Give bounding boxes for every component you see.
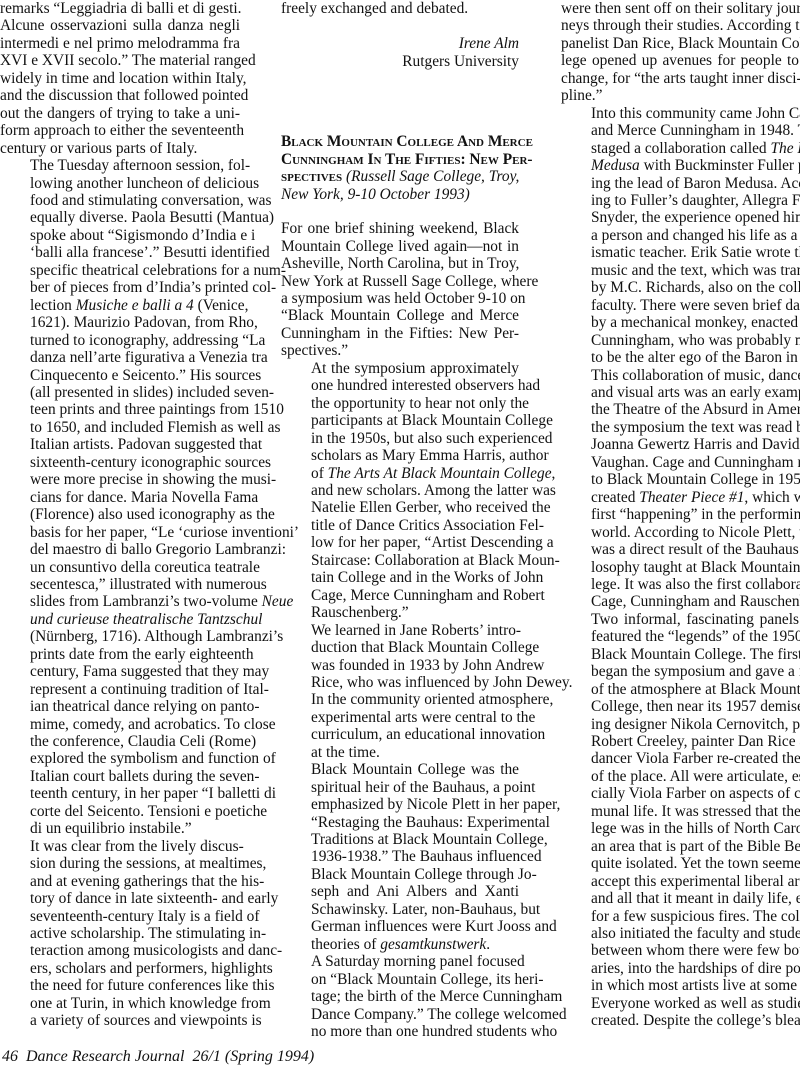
text-line: ing the lead of Baron Medusa. Accord-	[561, 175, 799, 192]
text-line: cially Viola Farber on aspects of com-	[561, 785, 799, 802]
text-line: lege opened up avenues for people to	[561, 52, 799, 69]
text-line: and Merce Cunningham in 1948. They	[561, 122, 799, 139]
text-line: Schawinsky. Later, non-Bauhaus, but	[281, 901, 519, 918]
text-line: the symposium the text was read by	[561, 419, 799, 436]
text-line: Two informal, fascinating panels	[561, 611, 799, 628]
text-line: began the symposium and gave a feeling	[561, 663, 799, 680]
text-line: Everyone worked as well as studied and	[561, 995, 799, 1012]
text-line: the need for future conferences like thi…	[0, 977, 240, 994]
text-line: seph and Ani Albers and Xanti	[281, 883, 519, 900]
text-line: between whom there were few bound-	[561, 942, 799, 959]
text-line: (all presented in slides) included seven…	[0, 384, 240, 401]
text-line: Rauschenberg.”	[281, 604, 519, 621]
text-line: At the symposium approximately	[281, 360, 519, 377]
text-line: a variety of sources and viewpoints is	[0, 1012, 240, 1029]
text-line: danza nell’arte figurativa a Venezia tra	[0, 349, 240, 366]
text-line: German influences were Kurt Jooss and	[281, 918, 519, 935]
text-line: an area that is part of the Bible Belt a…	[561, 838, 799, 855]
text-line: panelist Dan Rice, Black Mountain Col-	[561, 35, 799, 52]
text-line: a person and changed his life as a char-	[561, 227, 799, 244]
text-line: Cage, Cunningham and Rauschenberg.	[561, 593, 799, 610]
text-line: For one brief shining weekend, Black	[281, 220, 519, 237]
signature-author: Irene Alm	[281, 35, 519, 52]
text-line: curriculum, an educational innovation	[281, 726, 519, 743]
text-line: and at evening gatherings that the his-	[0, 873, 240, 890]
text-line: munal life. It was stressed that the col…	[561, 803, 799, 820]
text-line: low for her paper, “Artist Descending a	[281, 534, 519, 551]
text-line: out the dangers of trying to take a uni-	[0, 105, 240, 122]
paragraph: For one brief shining weekend, BlackMoun…	[281, 220, 519, 360]
heading-line: spectives (Russell Sage College, Troy,	[281, 168, 519, 185]
text-line: widely in time and location within Italy…	[0, 70, 240, 87]
text-line: world. According to Nicole Plett, this	[561, 524, 799, 541]
text-line: theories of gesamtkunstwerk.	[281, 936, 519, 953]
text-line: form approach to either the seventeenth	[0, 122, 240, 139]
text-line: intermedi e nel primo melodramma fra	[0, 35, 240, 52]
text-line: ing designer Nikola Cernovitch, poet	[561, 716, 799, 733]
paragraph: Two informal, fascinating panelsfeatured…	[561, 611, 799, 1030]
paragraph: The Tuesday afternoon session, fol-lowin…	[0, 157, 240, 838]
text-line: corte del Seicento. Tensioni e poetiche	[0, 803, 240, 820]
text-line: by a mechanical monkey, enacted by	[561, 314, 799, 331]
text-line: represent a continuing tradition of Ital…	[0, 681, 240, 698]
paragraph: were then sent off on their solitary jou…	[561, 0, 799, 105]
text-line: (Florence) also used iconography as the	[0, 506, 240, 523]
text-line: lowing another luncheon of delicious	[0, 175, 240, 192]
text-line: (Nürnberg, 1716). Although Lambranzi’s	[0, 628, 240, 645]
text-line: duction that Black Mountain College	[281, 639, 519, 656]
text-line: In the community oriented atmosphere,	[281, 691, 519, 708]
text-line: for a few suspicious fires. The college	[561, 908, 799, 925]
text-line: ers, scholars and performers, highlights	[0, 960, 240, 977]
text-line: and all that it meant in daily life, exc…	[561, 890, 799, 907]
signature-affiliation: Rutgers University	[281, 53, 519, 70]
text-line: Medusa with Buckminster Fuller play-	[561, 157, 799, 174]
text-line: accept this experimental liberal arts sc…	[561, 873, 799, 890]
text-line: the Theatre of the Absurd in America. At	[561, 401, 799, 418]
text-line: of The Arts At Black Mountain College,	[281, 465, 519, 482]
text-line: and new scholars. Among the latter was	[281, 482, 519, 499]
text-line: by M.C. Richards, also on the college	[561, 279, 799, 296]
paragraph: It was clear from the lively discus-sion…	[0, 838, 240, 1030]
column-left: remarks “Leggiadria di balli et di gesti…	[0, 0, 240, 1030]
page-number: 46	[2, 1048, 18, 1065]
text-line: We learned in Jane Roberts’ intro-	[281, 622, 519, 639]
text-line: change, for “the arts taught inner disci…	[561, 70, 799, 87]
text-line: teraction among musicologists and danc-	[0, 942, 240, 959]
paragraph: A Saturday morning panel focusedon “Blac…	[281, 953, 519, 1040]
text-line: Asheville, North Carolina, but in Troy,	[281, 255, 519, 272]
text-line: faculty. There were seven brief dances	[561, 297, 799, 314]
text-line: also initiated the faculty and students,	[561, 925, 799, 942]
text-line: created Theater Piece #1, which was the	[561, 489, 799, 506]
text-line: remarks “Leggiadria di balli et di gesti…	[0, 0, 240, 17]
text-line: one hundred interested observers had	[281, 377, 519, 394]
column-middle: freely exchanged and debated. Irene Alm …	[281, 0, 519, 1040]
text-line: Vaughan. Cage and Cunningham returned	[561, 454, 799, 471]
text-line: tory of dance in late sixteenth- and ear…	[0, 890, 240, 907]
text-line: und curieuse theatralische Tantzschul	[0, 611, 240, 628]
text-line: seventeenth-century Italy is a field of	[0, 908, 240, 925]
text-line: Black Mountain College through Jo-	[281, 866, 519, 883]
text-line: pline.”	[561, 87, 799, 104]
text-line: Black Mountain College was the	[281, 761, 519, 778]
text-line: “Restaging the Bauhaus: Experimental	[281, 814, 519, 831]
journal-title: Dance Research Journal	[26, 1048, 184, 1065]
text-line: Mountain College lived again—not in	[281, 238, 519, 255]
text-line: cians for dance. Maria Novella Fama	[0, 489, 240, 506]
text-line: Cunningham, who was probably meant	[561, 332, 799, 349]
text-line: teenth century, in her paper “I balletti…	[0, 785, 240, 802]
text-line: equally diverse. Paola Besutti (Mantua)	[0, 209, 240, 226]
text-line: title of Dance Critics Association Fel-	[281, 517, 519, 534]
text-line: 1621). Maurizio Padovan, from Rho,	[0, 314, 240, 331]
text-line: tain College and in the Works of John	[281, 569, 519, 586]
text-line: College, then near its 1957 demise. Ligh…	[561, 698, 799, 715]
text-line: sixteenth-century iconographic sources	[0, 454, 240, 471]
text-line: of the place. All were articulate, espe-	[561, 768, 799, 785]
text-line: Traditions at Black Mountain College,	[281, 831, 519, 848]
text-line: This collaboration of music, dance, dram…	[561, 367, 799, 384]
text-line: music and the text, which was translated	[561, 262, 799, 279]
text-line: no more than one hundred students who	[281, 1023, 519, 1040]
text-line: food and stimulating conversation, was	[0, 192, 240, 209]
text-line: first “happening” in the performing arts	[561, 506, 799, 523]
text-line: sion during the sessions, at mealtimes,	[0, 855, 240, 872]
text-line: was founded in 1933 by John Andrew	[281, 657, 519, 674]
text-line: lege. It was also the first collaboratio…	[561, 576, 799, 593]
text-line: to Black Mountain College in 1952 and	[561, 471, 799, 488]
text-line: XVI e XVII secolo.” The material ranged	[0, 52, 240, 69]
text-line: the conference, Claudia Celi (Rome)	[0, 733, 240, 750]
paragraph: freely exchanged and debated.	[281, 0, 519, 17]
text-line: dancer Viola Farber re-created the aura	[561, 750, 799, 767]
text-line: emphasized by Nicole Plett in her paper,	[281, 796, 519, 813]
text-line: quite isolated. Yet the town seemed to	[561, 855, 799, 872]
text-line: Staircase: Collaboration at Black Moun-	[281, 552, 519, 569]
text-line: staged a collaboration called The Ruse o…	[561, 140, 799, 157]
text-line: Cage, Merce Cunningham and Robert	[281, 587, 519, 604]
paragraph: remarks “Leggiadria di balli et di gesti…	[0, 0, 240, 157]
heading-venue-line: New York, 9-10 October 1993)	[281, 186, 519, 203]
text-line: specific theatrical celebrations for a n…	[0, 262, 240, 279]
text-line: experimental arts were central to the	[281, 709, 519, 726]
text-line: at the time.	[281, 744, 519, 761]
text-line: 1936-1938.” The Bauhaus influenced	[281, 848, 519, 865]
column-right: were then sent off on their solitary jou…	[561, 0, 799, 1030]
text-line: ‘balli alla francese’.” Besutti identifi…	[0, 244, 240, 261]
text-line: one at Turin, in which knowledge from	[0, 995, 240, 1012]
text-line: in the 1950s, but also such experienced	[281, 430, 519, 447]
text-line: lection Musiche e balli a 4 (Venice,	[0, 297, 240, 314]
text-line: in which most artists live at some time.	[561, 977, 799, 994]
text-line: spoke about “Sigismondo d’India e i	[0, 227, 240, 244]
text-line: participants at Black Mountain College	[281, 412, 519, 429]
text-line: century, Fama suggested that they may	[0, 663, 240, 680]
text-line: Black Mountain College. The first panel	[561, 646, 799, 663]
text-line: It was clear from the lively discus-	[0, 838, 240, 855]
text-line: New York at Russell Sage College, where	[281, 273, 519, 290]
text-line: Cunningham in the Fifties: New Per-	[281, 325, 519, 342]
text-line: and the discussion that followed pointed	[0, 87, 240, 104]
text-line: were then sent off on their solitary jou…	[561, 0, 799, 17]
paragraph: At the symposium approximatelyone hundre…	[281, 360, 519, 622]
text-line: century or various parts of Italy.	[0, 140, 240, 157]
text-line: scholars as Mary Emma Harris, author	[281, 447, 519, 464]
text-line: ing to Fuller’s daughter, Allegra Fuller	[561, 192, 799, 209]
text-line: The Tuesday afternoon session, fol-	[0, 157, 240, 174]
text-line: di un equilibrio instabile.”	[0, 820, 240, 837]
text-line: to 1650, and included Flemish as well as	[0, 419, 240, 436]
text-line: un consuntivo della coreutica teatrale	[0, 559, 240, 576]
text-line: was a direct result of the Bauhaus phi-	[561, 541, 799, 558]
text-line: del maestro di ballo Gregorio Lambranzi:	[0, 541, 240, 558]
paragraph: We learned in Jane Roberts’ intro-ductio…	[281, 622, 519, 762]
text-line: “Black Mountain College and Merce	[281, 307, 519, 324]
text-line: to be the alter ego of the Baron in danc…	[561, 349, 799, 366]
paragraph: Black Mountain College was thespiritual …	[281, 761, 519, 953]
text-line: Rice, who was influenced by John Dewey.	[281, 674, 519, 691]
text-line: Alcune osservazioni sulla danza negli	[0, 17, 240, 34]
text-line: ismatic teacher. Erik Satie wrote the	[561, 244, 799, 261]
text-line: Snyder, the experience opened him up as	[561, 209, 799, 226]
journal-issue: 26/1 (Spring 1994)	[192, 1048, 314, 1065]
text-line: aries, into the hardships of dire povert…	[561, 960, 799, 977]
text-line: basis for her paper, “Le ‘curiose invent…	[0, 524, 240, 541]
text-line: losophy taught at Black Mountain Col-	[561, 559, 799, 576]
text-line: Dance Company.” The college welcomed	[281, 1006, 519, 1023]
text-line: featured the “legends” of the 1950s at	[561, 628, 799, 645]
text-line: of the atmosphere at Black Mountain	[561, 681, 799, 698]
text-line: spectives.”	[281, 342, 519, 359]
text-line: spiritual heir of the Bauhaus, a point	[281, 779, 519, 796]
text-line: Italian artists. Padovan suggested that	[0, 436, 240, 453]
text-line: Robert Creeley, painter Dan Rice and	[561, 733, 799, 750]
text-line: A Saturday morning panel focused	[281, 953, 519, 970]
text-line: ber of pieces from d’India’s printed col…	[0, 279, 240, 296]
heading-line: Black Mountain College And Merce	[281, 133, 519, 150]
text-line: active scholarship. The stimulating in-	[0, 925, 240, 942]
page-footer: 46 Dance Research Journal 26/1 (Spring 1…	[2, 1048, 314, 1066]
text-line: and visual arts was an early example of	[561, 384, 799, 401]
text-line: Joanna Gewertz Harris and David	[561, 436, 799, 453]
text-line: turned to iconography, addressing “La	[0, 332, 240, 349]
text-line: lege was in the hills of North Carolina,	[561, 820, 799, 837]
text-line: were more precise in showing the musi-	[0, 471, 240, 488]
text-line: prints date from the early eighteenth	[0, 646, 240, 663]
text-line: on “Black Mountain College, its heri-	[281, 971, 519, 988]
text-line: mime, comedy, and acrobatics. To close	[0, 716, 240, 733]
text-line: Natelie Ellen Gerber, who received the	[281, 499, 519, 516]
heading-line: Cunningham In The Fifties: New Per-	[281, 151, 519, 168]
heading-venue: (Russell Sage College, Troy,	[342, 168, 519, 185]
report-heading: Black Mountain College And Merce Cunning…	[281, 133, 519, 203]
text-line: ian theatrical dance relying on panto-	[0, 698, 240, 715]
text-line: slides from Lambranzi’s two-volume Neue	[0, 593, 240, 610]
text-line: created. Despite the college’s bleak fi-	[561, 1012, 799, 1029]
text-line: Cinquecento e Seicento.” His sources	[0, 367, 240, 384]
text-line: Italian court ballets during the seven-	[0, 768, 240, 785]
text-line: tage; the birth of the Merce Cunningham	[281, 988, 519, 1005]
paragraph: Into this community came John Cageand Me…	[561, 105, 799, 611]
text-line: a symposium was held October 9-10 on	[281, 290, 519, 307]
text-line: secentesca,” illustrated with numerous	[0, 576, 240, 593]
text-line: neys through their studies. According to	[561, 17, 799, 34]
text-line: Into this community came John Cage	[561, 105, 799, 122]
text-line: freely exchanged and debated.	[281, 0, 519, 17]
text-line: explored the symbolism and function of	[0, 750, 240, 767]
heading-title-tail: spectives	[281, 168, 342, 185]
text-line: teen prints and three paintings from 151…	[0, 401, 240, 418]
text-line: the opportunity to hear not only the	[281, 395, 519, 412]
